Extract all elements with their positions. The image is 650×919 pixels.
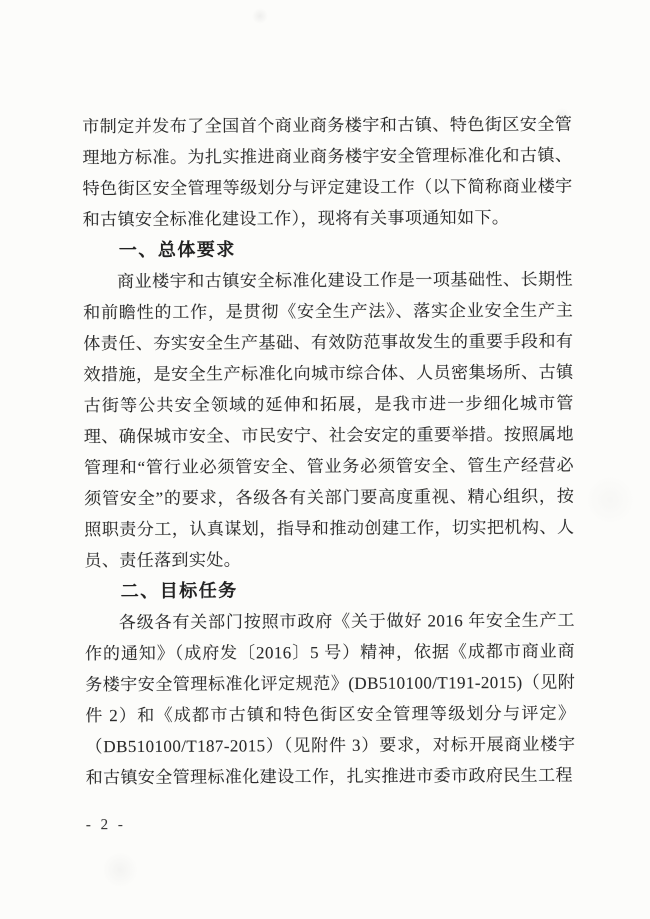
scanned-document-page: { "colors": { "paper": "#fcfcfa", "ink":… <box>0 0 650 919</box>
section-heading-goals-tasks: 二、目标任务 <box>85 574 575 608</box>
document-body: 市制定并发布了全国首个商业商务楼宇和古镇、特色街区安全管理地方标准。为扎实推进商… <box>82 109 576 794</box>
paragraph-continuation: 市制定并发布了全国首个商业商务楼宇和古镇、特色街区安全管理地方标准。为扎实推进商… <box>82 109 573 236</box>
paragraph-goals-tasks: 各级各有关部门按照市政府《关于做好 2016 年安全生产工作的通知》（成府发〔2… <box>85 605 576 794</box>
document-page: 市制定并发布了全国首个商业商务楼宇和古镇、特色街区安全管理地方标准。为扎实推进商… <box>0 0 650 919</box>
paragraph-overall-requirements: 商业楼宇和古镇安全标准化建设工作是一项基础性、长期性和前瞻性的工作，是贯彻《安全… <box>83 264 575 577</box>
page-number: - 2 - <box>86 817 126 834</box>
section-heading-overall-requirements: 一、总体要求 <box>83 233 573 267</box>
